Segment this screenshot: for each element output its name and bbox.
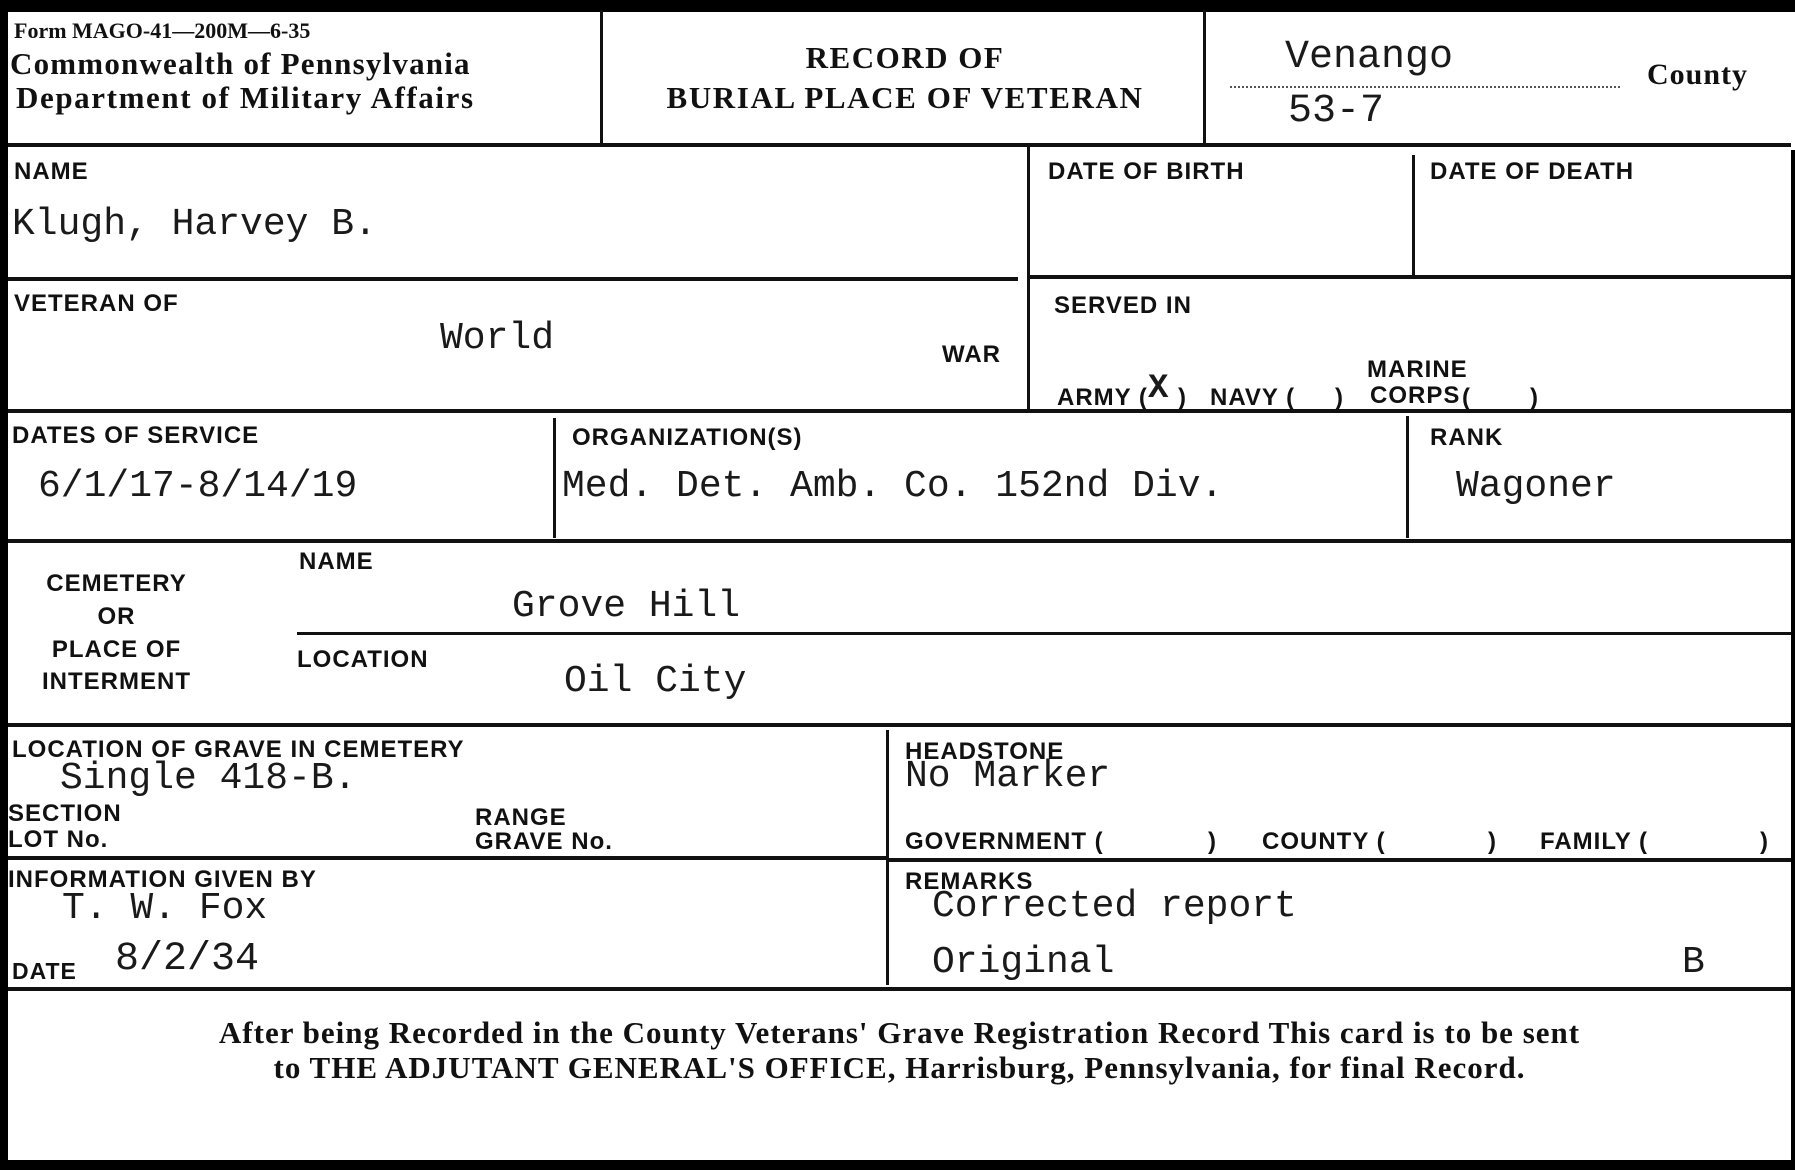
section-label: SECTION: [8, 802, 122, 826]
cemetery-section-label-4: INTERMENT: [14, 670, 219, 694]
divider-name-dob: [1027, 147, 1030, 412]
dates-of-service-value: 6/1/17-8/14/19: [38, 468, 357, 506]
county-close-paren: ): [1488, 830, 1497, 854]
county-value: Venango: [1285, 38, 1453, 78]
served-in-label: SERVED IN: [1054, 294, 1192, 318]
divider-org-rank: [1406, 416, 1409, 538]
rule-cemetery-name-bottom: [297, 632, 1791, 635]
headstone-value: No Marker: [905, 758, 1110, 796]
veteran-of-value: World: [440, 320, 554, 358]
organization-value: Med. Det. Amb. Co. 152nd Div.: [562, 468, 1223, 506]
cemetery-section-label-3: PLACE OF: [14, 638, 219, 662]
grave-location-value: Single 418-B.: [60, 760, 356, 798]
army-close-paren: ): [1178, 386, 1187, 410]
county-headstone-label: COUNTY (: [1262, 830, 1386, 854]
cemetery-section-label-1: CEMETERY: [14, 572, 219, 596]
cemetery-section-label-2: OR: [14, 605, 219, 629]
rule-info-bottom: [8, 987, 1791, 991]
army-checkbox-mark[interactable]: X: [1148, 372, 1168, 406]
info-given-by-value: T. W. Fox: [62, 890, 267, 928]
marine-close-paren: ): [1530, 386, 1539, 410]
county-code: 53-7: [1288, 92, 1384, 132]
dod-label: DATE OF DEATH: [1430, 160, 1634, 184]
rule-grave-bottom: [8, 856, 886, 860]
navy-label: NAVY (: [1210, 386, 1295, 410]
family-label: FAMILY (: [1540, 830, 1648, 854]
veteran-of-label: VETERAN OF: [14, 292, 179, 316]
war-label: WAR: [942, 343, 1001, 367]
divider-dates-org: [553, 418, 556, 538]
form-number: Form MAGO-41—200M—6-35: [14, 18, 310, 44]
date-value: 8/2/34: [115, 940, 259, 980]
scan-border-bottom: [0, 1160, 1795, 1170]
footer-line-1: After being Recorded in the County Veter…: [8, 1015, 1791, 1051]
dates-of-service-label: DATES OF SERVICE: [12, 424, 259, 448]
footer-line-2: to THE ADJUTANT GENERAL'S OFFICE, Harris…: [8, 1050, 1791, 1086]
rule-veteran-bottom: [8, 409, 1791, 413]
government-close-paren: ): [1208, 830, 1217, 854]
rule-cemetery-bottom: [8, 723, 1791, 727]
remarks-line-2: Original: [932, 944, 1114, 982]
divider-dob-dod: [1412, 155, 1415, 277]
navy-close-paren: ): [1335, 386, 1344, 410]
remarks-mark: B: [1682, 944, 1705, 982]
marine-label-2: CORPS: [1370, 384, 1460, 408]
rule-dob-bottom: [1030, 275, 1791, 279]
header-divider-1: [600, 10, 603, 145]
date-label: DATE: [12, 960, 77, 983]
army-label: ARMY (: [1057, 386, 1148, 410]
family-close-paren: ): [1760, 830, 1769, 854]
lot-number-label: LOT No.: [8, 828, 108, 852]
rank-label: RANK: [1430, 426, 1503, 450]
rule-headstone-bottom: [889, 858, 1791, 862]
marine-open-paren: (: [1462, 386, 1471, 410]
cemetery-name-label: NAME: [299, 550, 374, 574]
title-line-1: RECORD OF: [605, 40, 1205, 76]
scan-border-right: [1791, 150, 1795, 1160]
rank-value: Wagoner: [1456, 468, 1616, 506]
title-line-2: BURIAL PLACE OF VETERAN: [605, 80, 1205, 116]
agency-line-1: Commonwealth of Pennsylvania: [10, 46, 471, 82]
marine-label-1: MARINE: [1367, 358, 1468, 382]
name-value: Klugh, Harvey B.: [12, 206, 377, 244]
government-label: GOVERNMENT (: [905, 830, 1104, 854]
cemetery-name-value: Grove Hill: [512, 588, 740, 626]
scan-border-top: [0, 0, 1795, 12]
organization-label: ORGANIZATION(S): [572, 426, 803, 450]
name-label: NAME: [14, 160, 89, 184]
scan-border-left: [0, 0, 8, 1170]
range-label: RANGE: [475, 806, 567, 830]
county-dotted-line: [1230, 86, 1620, 88]
cemetery-location-value: Oil City: [564, 663, 746, 701]
county-label: County: [1647, 58, 1748, 92]
agency-line-2: Department of Military Affairs: [16, 80, 475, 116]
header-divider-2: [1203, 10, 1206, 145]
dob-label: DATE OF BIRTH: [1048, 160, 1245, 184]
remarks-line-1: Corrected report: [932, 888, 1297, 926]
rule-name-bottom: [8, 277, 1018, 281]
cemetery-location-label: LOCATION: [297, 648, 429, 672]
rule-service-bottom: [8, 539, 1791, 543]
header-bottom-rule: [8, 143, 1791, 147]
grave-number-label: GRAVE No.: [475, 830, 613, 854]
